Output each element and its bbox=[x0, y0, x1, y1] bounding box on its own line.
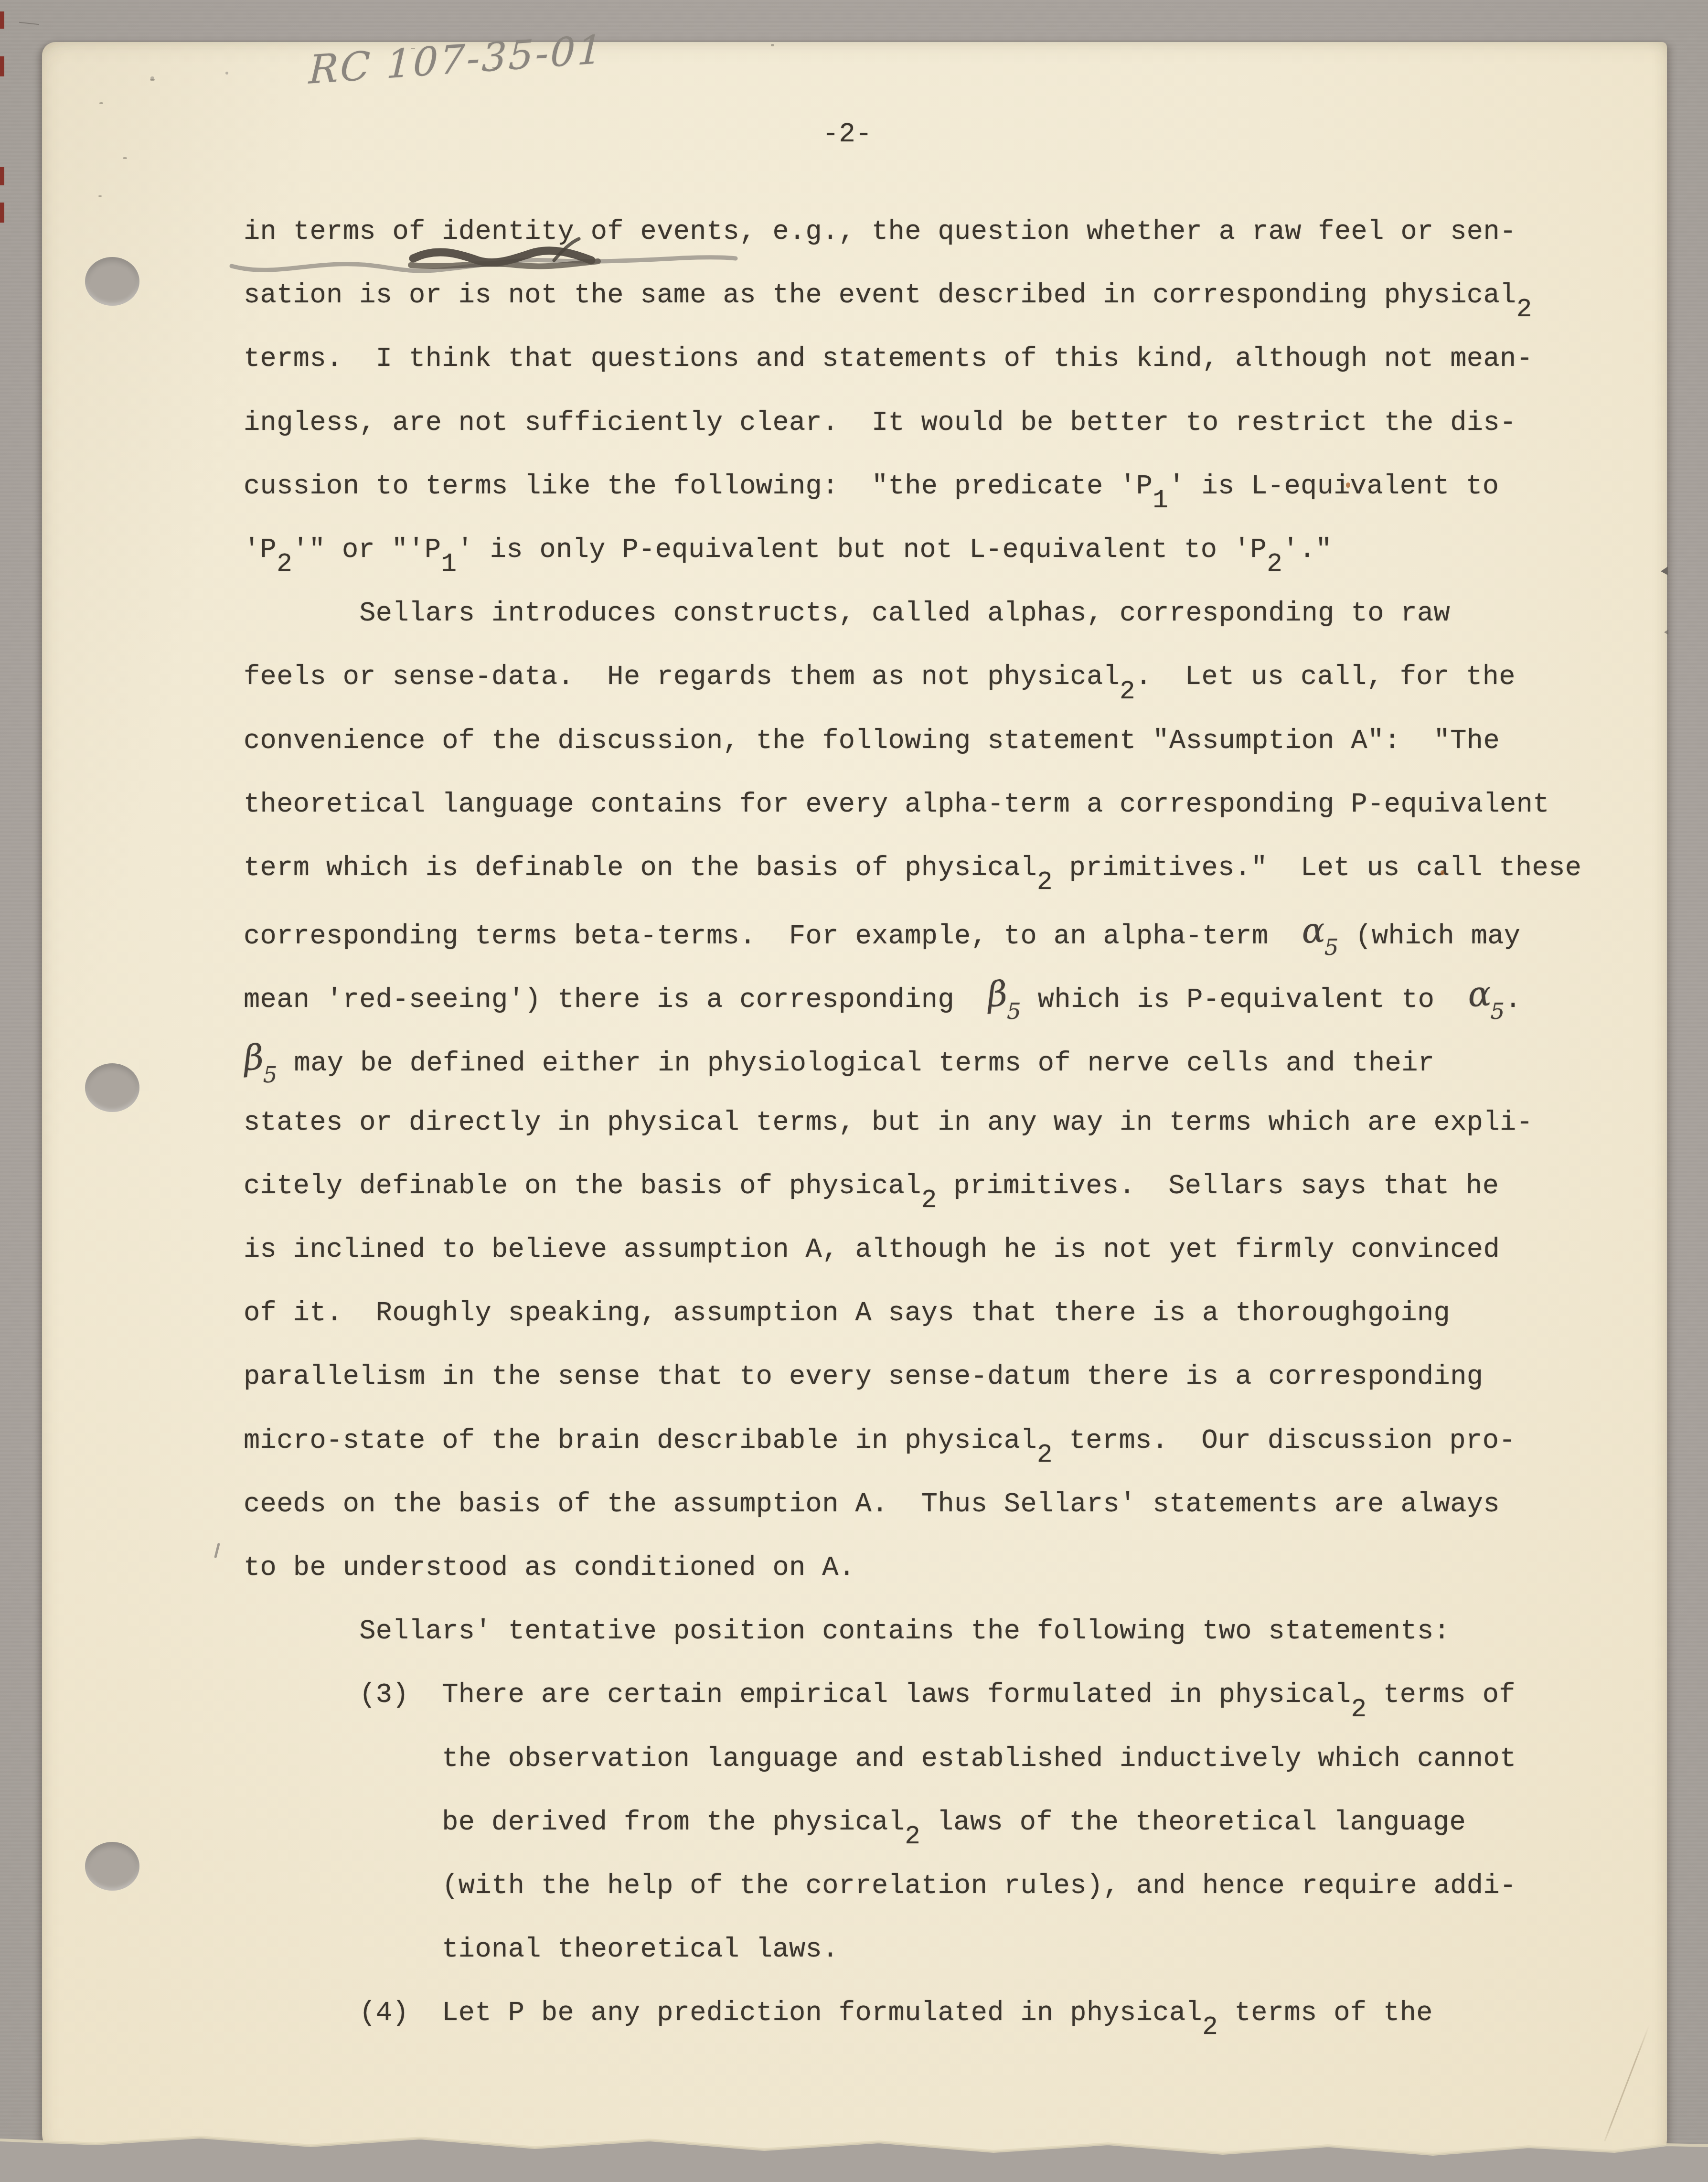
background-scratch bbox=[19, 22, 39, 25]
typed-subscript: 1 bbox=[441, 550, 457, 579]
red-edge-mark bbox=[0, 167, 4, 185]
typed-text: cussion to terms like the following: "th… bbox=[244, 471, 1153, 502]
typed-subscript: 2 bbox=[1516, 295, 1532, 324]
handwritten-greek-letter: β bbox=[985, 963, 1009, 1027]
typed-text: '." bbox=[1282, 535, 1332, 566]
paper-speck bbox=[411, 48, 415, 49]
typed-text: which is P-equivalent to bbox=[1021, 985, 1467, 1016]
typed-text: theoretical language contains for every … bbox=[244, 790, 1549, 820]
typed-subscript: 2 bbox=[905, 1822, 920, 1851]
punch-hole bbox=[85, 1842, 139, 1891]
typewritten-text-block: in terms of identity of events, e.g., th… bbox=[244, 201, 1629, 2045]
typed-text: term which is definable on the basis of … bbox=[244, 853, 1037, 884]
text-line: be derived from the physical2 laws of th… bbox=[244, 1791, 1629, 1855]
handwritten-greek-subscript: 5 bbox=[263, 1062, 278, 1088]
paper-speck bbox=[492, 67, 498, 69]
rust-speck bbox=[1346, 482, 1350, 488]
typed-text: terms of the bbox=[1218, 1998, 1433, 2029]
typed-text: primitives." Let us call these bbox=[1053, 853, 1581, 884]
typed-text: Sellars' tentative position contains the… bbox=[244, 1616, 1450, 1647]
handwritten-greek-letter: α bbox=[1465, 963, 1493, 1027]
typed-text: mean 'red-seeing') there is a correspond… bbox=[244, 985, 987, 1016]
typed-text: the observation language and established… bbox=[244, 1744, 1516, 1775]
typed-text: . bbox=[1505, 985, 1522, 1016]
text-line: corresponding terms beta-terms. For exam… bbox=[244, 900, 1629, 964]
pencil-dot bbox=[225, 72, 228, 75]
text-line: of it. Roughly speaking, assumption A sa… bbox=[244, 1282, 1629, 1346]
text-line: cussion to terms like the following: "th… bbox=[244, 455, 1629, 519]
typed-subscript: 2 bbox=[1037, 868, 1053, 897]
typed-subscript: 2 bbox=[277, 550, 292, 579]
typed-text: . Let us call, for the bbox=[1135, 662, 1516, 693]
typed-text: is inclined to believe assumption A, alt… bbox=[244, 1235, 1500, 1265]
text-line: (with the help of the correlation rules)… bbox=[244, 1855, 1629, 1918]
text-line: feels or sense-data. He regards them as … bbox=[244, 646, 1629, 709]
red-edge-mark bbox=[0, 56, 4, 76]
paper-speck bbox=[771, 44, 774, 46]
handwritten-greek-letter: β bbox=[241, 1026, 265, 1091]
paper-speck bbox=[123, 157, 127, 159]
typed-text: Sellars introduces constructs, called al… bbox=[244, 599, 1450, 629]
text-line: ceeds on the basis of the assumption A. … bbox=[244, 1473, 1629, 1537]
typed-text: terms. I think that questions and statem… bbox=[244, 344, 1533, 374]
typed-subscript: 2 bbox=[1202, 2013, 1218, 2042]
typed-text: (with the help of the correlation rules)… bbox=[244, 1871, 1516, 1902]
text-line: mean 'red-seeing') there is a correspond… bbox=[244, 964, 1629, 1027]
typed-subscript: 2 bbox=[1037, 1441, 1053, 1470]
text-line: Sellars introduces constructs, called al… bbox=[244, 582, 1629, 646]
paper-speck bbox=[99, 102, 103, 104]
text-line: the observation language and established… bbox=[244, 1728, 1629, 1791]
text-line: (4) Let P be any prediction formulated i… bbox=[244, 1982, 1629, 2045]
punch-hole bbox=[85, 257, 139, 306]
text-line: states or directly in physical terms, bu… bbox=[244, 1091, 1629, 1155]
red-edge-mark bbox=[0, 203, 4, 223]
typed-text: (4) Let P be any prediction formulated i… bbox=[244, 1998, 1202, 2029]
typed-text: feels or sense-data. He regards them as … bbox=[244, 662, 1120, 693]
typed-subscript: 2 bbox=[921, 1186, 937, 1215]
text-line: terms. I think that questions and statem… bbox=[244, 328, 1629, 391]
typed-text: terms. Our discussion pro- bbox=[1053, 1426, 1516, 1456]
page-number: -2- bbox=[822, 119, 872, 150]
typed-text: micro-state of the brain describable in … bbox=[244, 1426, 1037, 1456]
text-line: β5 may be defined either in physiologica… bbox=[244, 1027, 1629, 1091]
typed-subscript: 2 bbox=[1267, 550, 1282, 579]
text-line: citely definable on the basis of physica… bbox=[244, 1155, 1629, 1219]
handwritten-greek-subscript: 5 bbox=[1007, 999, 1021, 1025]
text-line: theoretical language contains for every … bbox=[244, 773, 1629, 837]
text-line: is inclined to believe assumption A, alt… bbox=[244, 1219, 1629, 1282]
punch-hole bbox=[85, 1063, 139, 1112]
text-line: Sellars' tentative position contains the… bbox=[244, 1600, 1629, 1664]
typed-text: convenience of the discussion, the follo… bbox=[244, 726, 1500, 757]
typed-text: (which may bbox=[1339, 921, 1521, 952]
rust-speck bbox=[1441, 870, 1444, 875]
text-line: (3) There are certain empirical laws for… bbox=[244, 1664, 1629, 1727]
typed-text: corresponding terms beta-terms. For exam… bbox=[244, 921, 1302, 952]
handwritten-greek-subscript: 5 bbox=[1490, 999, 1505, 1025]
handwritten-greek-letter: α bbox=[1299, 898, 1326, 963]
handwritten-greek-subscript: 5 bbox=[1324, 935, 1339, 961]
text-line: parallelism in the sense that to every s… bbox=[244, 1346, 1629, 1409]
text-line: 'P2'" or "'P1' is only P-equivalent but … bbox=[244, 519, 1629, 582]
typed-text: (3) There are certain empirical laws for… bbox=[244, 1680, 1351, 1711]
typed-text: be derived from the physical bbox=[244, 1808, 905, 1838]
typed-text: of it. Roughly speaking, assumption A sa… bbox=[244, 1298, 1450, 1329]
typed-subscript: 2 bbox=[1351, 1695, 1367, 1724]
typed-text: '" or "'P bbox=[292, 535, 441, 566]
typed-text: parallelism in the sense that to every s… bbox=[244, 1362, 1483, 1392]
torn-bottom-edge bbox=[0, 2116, 1708, 2182]
typed-text: tional theoretical laws. bbox=[244, 1935, 839, 1965]
scanned-page-background: RC 107-35-01 -2- in terms of identity of… bbox=[0, 0, 1708, 2182]
paper-speck bbox=[98, 195, 102, 197]
typed-text: ' is L-equivalent to bbox=[1168, 471, 1499, 502]
text-line: ingless, are not sufficiently clear. It … bbox=[244, 392, 1629, 455]
pencil-underline-squiggle bbox=[220, 236, 755, 294]
typed-text: terms of bbox=[1366, 1680, 1515, 1711]
typed-text: laws of the theoretical language bbox=[920, 1808, 1466, 1838]
paper-speck bbox=[150, 79, 155, 81]
text-line: to be understood as conditioned on A. bbox=[244, 1537, 1629, 1600]
typed-text: to be understood as conditioned on A. bbox=[244, 1553, 855, 1583]
typed-subscript: 2 bbox=[1120, 677, 1135, 706]
typed-text: 'P bbox=[244, 535, 277, 566]
text-line: convenience of the discussion, the follo… bbox=[244, 710, 1629, 773]
red-edge-mark bbox=[0, 11, 4, 29]
text-line: micro-state of the brain describable in … bbox=[244, 1410, 1629, 1473]
typed-subscript: 1 bbox=[1153, 486, 1168, 515]
typed-text: primitives. Sellars says that he bbox=[937, 1171, 1499, 1202]
text-line: tional theoretical laws. bbox=[244, 1918, 1629, 1982]
typed-text: may be defined either in physiological t… bbox=[278, 1048, 1434, 1079]
typed-text: citely definable on the basis of physica… bbox=[244, 1171, 921, 1202]
text-line: term which is definable on the basis of … bbox=[244, 837, 1629, 900]
typed-text: ingless, are not sufficiently clear. It … bbox=[244, 408, 1516, 439]
typed-text: ' is only P-equivalent but not L-equival… bbox=[457, 535, 1267, 566]
typed-text: ceeds on the basis of the assumption A. … bbox=[244, 1489, 1500, 1520]
typed-text: states or directly in physical terms, bu… bbox=[244, 1108, 1533, 1138]
